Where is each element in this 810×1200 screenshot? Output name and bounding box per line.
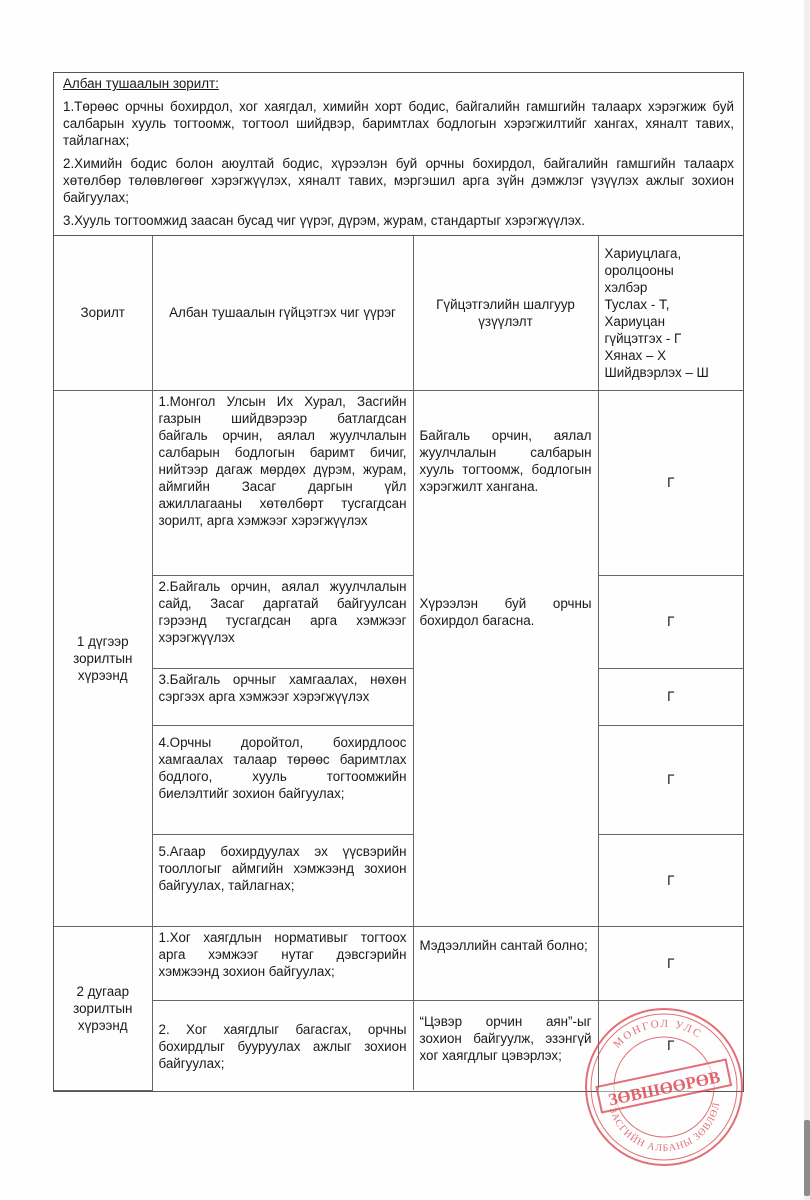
goal-item: 2.Химийн бодис болон аюултай бодис, хүрэ… bbox=[63, 155, 734, 206]
criteria-cell: Мэдээллийн сантай болно; bbox=[413, 926, 598, 1000]
responsibility-cell: Г bbox=[598, 834, 743, 926]
scrollbar-thumb[interactable] bbox=[804, 1120, 810, 1196]
goal-item: 1.Төрөөс орчны бохирдол, хог хаягдал, хи… bbox=[63, 98, 734, 149]
svg-text:ЗАСГИЙН АЛБАНЫ ЗӨВЛӨЛ: ЗАСГИЙН АЛБАНЫ ЗӨВЛӨЛ bbox=[607, 1101, 723, 1154]
duty-cell: 4.Орчны доройтол, бохирдлоос хамгаалах т… bbox=[152, 725, 413, 834]
responsibility-cell: Г bbox=[598, 1000, 743, 1090]
header-responsibility: Хариуцлага, оролцооны хэлбэр Туслах - Т,… bbox=[598, 236, 743, 390]
goals-title: Албан тушаалын зорилт: bbox=[63, 75, 734, 92]
responsibility-cell: Г bbox=[598, 575, 743, 668]
objective-cell: 1 дүгээр зорилтын хүрээнд bbox=[54, 390, 152, 926]
duty-cell: 2. Хог хаягдлыг багасгах, орчны бохирдлы… bbox=[152, 1000, 413, 1090]
responsibility-cell: Г bbox=[598, 926, 743, 1000]
duty-cell: 1.Хог хаягдлын нормативыг тогтоох арга х… bbox=[152, 926, 413, 1000]
header-objective: Зорилт bbox=[54, 236, 152, 390]
table-row: 4.Орчны доройтол, бохирдлоос хамгаалах т… bbox=[54, 725, 743, 834]
goal-item: 3.Хууль тогтоомжид заасан бусад чиг үүрэ… bbox=[63, 212, 734, 229]
table-row: 2 дугаар зорилтын хүрээнд 1.Хог хаягдлын… bbox=[54, 926, 743, 1000]
criteria-text: Байгаль орчин, аялал жуулчлалын салбарын… bbox=[420, 391, 592, 495]
duties-table: Зорилт Албан тушаалын гүйцэтгэх чиг үүрэ… bbox=[54, 236, 743, 1091]
header-criteria: Гүйцэтгэлийн шалгуур үзүүлэлт bbox=[413, 236, 598, 390]
duty-cell: 5.Агаар бохирдуулах эх үүсвэрийн тооллог… bbox=[152, 834, 413, 926]
table-row: 2.Байгаль орчин, аялал жуулчлалын сайд, … bbox=[54, 575, 743, 668]
criteria-cell: “Цэвэр орчин аян”-ыг зохион байгуулж, эз… bbox=[413, 1000, 598, 1090]
table-header-row: Зорилт Албан тушаалын гүйцэтгэх чиг үүрэ… bbox=[54, 236, 743, 390]
table-row: 3.Байгаль орчныг хамгаалах, нөхөн сэргээ… bbox=[54, 668, 743, 725]
header-duty: Албан тушаалын гүйцэтгэх чиг үүрэг bbox=[152, 236, 413, 390]
vertical-scrollbar[interactable] bbox=[804, 0, 810, 1200]
job-description-document: Албан тушаалын зорилт: 1.Төрөөс орчны бо… bbox=[53, 72, 744, 1092]
criteria-cell: Байгаль орчин, аялал жуулчлалын салбарын… bbox=[413, 390, 598, 926]
document-page: Албан тушаалын зорилт: 1.Төрөөс орчны бо… bbox=[0, 0, 804, 1200]
objective-cell: 2 дугаар зорилтын хүрээнд bbox=[54, 926, 152, 1090]
duty-cell: 1.Монгол Улсын Их Хурал, Засгийн газрын … bbox=[152, 390, 413, 575]
table-row: 2. Хог хаягдлыг багасгах, орчны бохирдлы… bbox=[54, 1000, 743, 1090]
position-goals-section: Албан тушаалын зорилт: 1.Төрөөс орчны бо… bbox=[54, 73, 743, 236]
duty-cell: 3.Байгаль орчныг хамгаалах, нөхөн сэргээ… bbox=[152, 668, 413, 725]
table-row: 1 дүгээр зорилтын хүрээнд 1.Монгол Улсын… bbox=[54, 390, 743, 575]
responsibility-cell: Г bbox=[598, 725, 743, 834]
responsibility-cell: Г bbox=[598, 668, 743, 725]
criteria-text: Хүрээлэн буй орчны бохирдол багасна. bbox=[420, 495, 592, 629]
responsibility-cell: Г bbox=[598, 390, 743, 575]
table-row: 5.Агаар бохирдуулах эх үүсвэрийн тооллог… bbox=[54, 834, 743, 926]
duty-cell: 2.Байгаль орчин, аялал жуулчлалын сайд, … bbox=[152, 575, 413, 668]
